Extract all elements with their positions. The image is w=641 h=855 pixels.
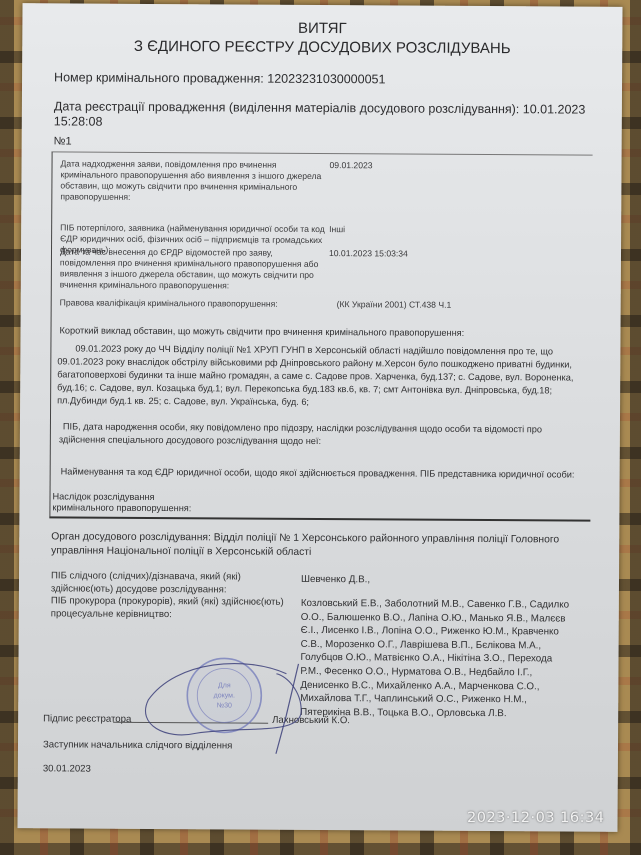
case-number-value: 12023231030000051 [267, 72, 385, 87]
prosecutors-line: Михайлова Т.Г., Чаплинський О.С., Риженк… [300, 692, 600, 707]
field-row: Дата та час внесення до ЄРДР відомостей … [52, 246, 592, 299]
svg-text:Для: Для [218, 682, 231, 689]
summary-label: Короткий виклад обставин, що можуть свід… [59, 324, 584, 340]
record-box: Дата надходження заяви, повідомлення про… [49, 151, 592, 521]
field-value: (КК України 2001) СТ.438 Ч.1 [337, 299, 452, 311]
signature-date: 30.01.2023 [43, 763, 91, 774]
official-stamp-icon: Для докум. №30 [136, 655, 317, 756]
prosecutors-line: Козловський Е.В., Заболотний М.В., Савен… [301, 597, 601, 612]
prosecutors-label: ПІБ прокурора (прокурорів), який (які) з… [51, 595, 286, 621]
field-label: Дата та час внесення до ЄРДР відомостей … [60, 246, 325, 292]
legal-entity-label: Найменування та код ЄДР юридичної особи,… [61, 465, 586, 481]
photo-timestamp: 2023·12·03 16:34 [467, 810, 604, 826]
investigation-authority: Орган досудового розслідування: Відділ п… [51, 530, 601, 561]
suspect-label: ПІБ, дата народження особи, яку повідомл… [59, 420, 579, 449]
svg-text:№30: №30 [217, 702, 232, 709]
document-page: ВИТЯГ З ЄДИНОГО РЕЄСТРУ ДОСУДОВИХ РОЗСЛІ… [17, 3, 622, 832]
field-row: Дата надходження заяви, повідомлення про… [52, 158, 592, 221]
field-row: Правова кваліфікація кримінального право… [52, 297, 592, 314]
prosecutors-list: Козловський Е.В., Заболотний М.В., Савен… [300, 597, 601, 721]
field-value: 09.01.2023 [330, 160, 373, 171]
field-value: 10.01.2023 15:03:34 [329, 248, 408, 259]
registration-line: Дата реєстрації провадження (виділення м… [54, 99, 594, 132]
field-value: Інші [329, 224, 345, 235]
prosecutors-line: Р.М., Фесенко О.О., Нурматова О.В., Недб… [300, 665, 600, 680]
investigator-value: Шевченко Д.В., [301, 573, 370, 587]
svg-text:докум.: докум. [214, 692, 235, 699]
entry-number: №1 [54, 135, 72, 147]
registrar-signature-label: Підпис реєстратора [43, 713, 131, 725]
case-number-label: Номер кримінального провадження: [54, 70, 264, 85]
document-title: ВИТЯГ З ЄДИНОГО РЕЄСТРУ ДОСУДОВИХ РОЗСЛІ… [22, 17, 622, 59]
summary-text: 09.01.2023 року до ЧЧ Відділу поліції №1… [57, 342, 587, 410]
registration-label: Дата реєстрації провадження (виділення м… [54, 99, 519, 116]
registration-time: 15:28:08 [54, 114, 103, 128]
investigator-label: ПІБ слідчого (слідчих)/дізнавача, який (… [51, 570, 286, 596]
outcome-label: Наслідок розслідування кримінального пра… [52, 491, 217, 514]
field-label: Правова кваліфікація кримінального право… [60, 297, 360, 310]
title-line-2: З ЄДИНОГО РЕЄСТРУ ДОСУДОВИХ РОЗСЛІДУВАНЬ [22, 36, 622, 59]
registration-date: 10.01.2023 [523, 102, 586, 116]
field-label: Дата надходження заяви, повідомлення про… [60, 158, 325, 204]
case-number-line: Номер кримінального провадження: 1202323… [54, 70, 385, 86]
